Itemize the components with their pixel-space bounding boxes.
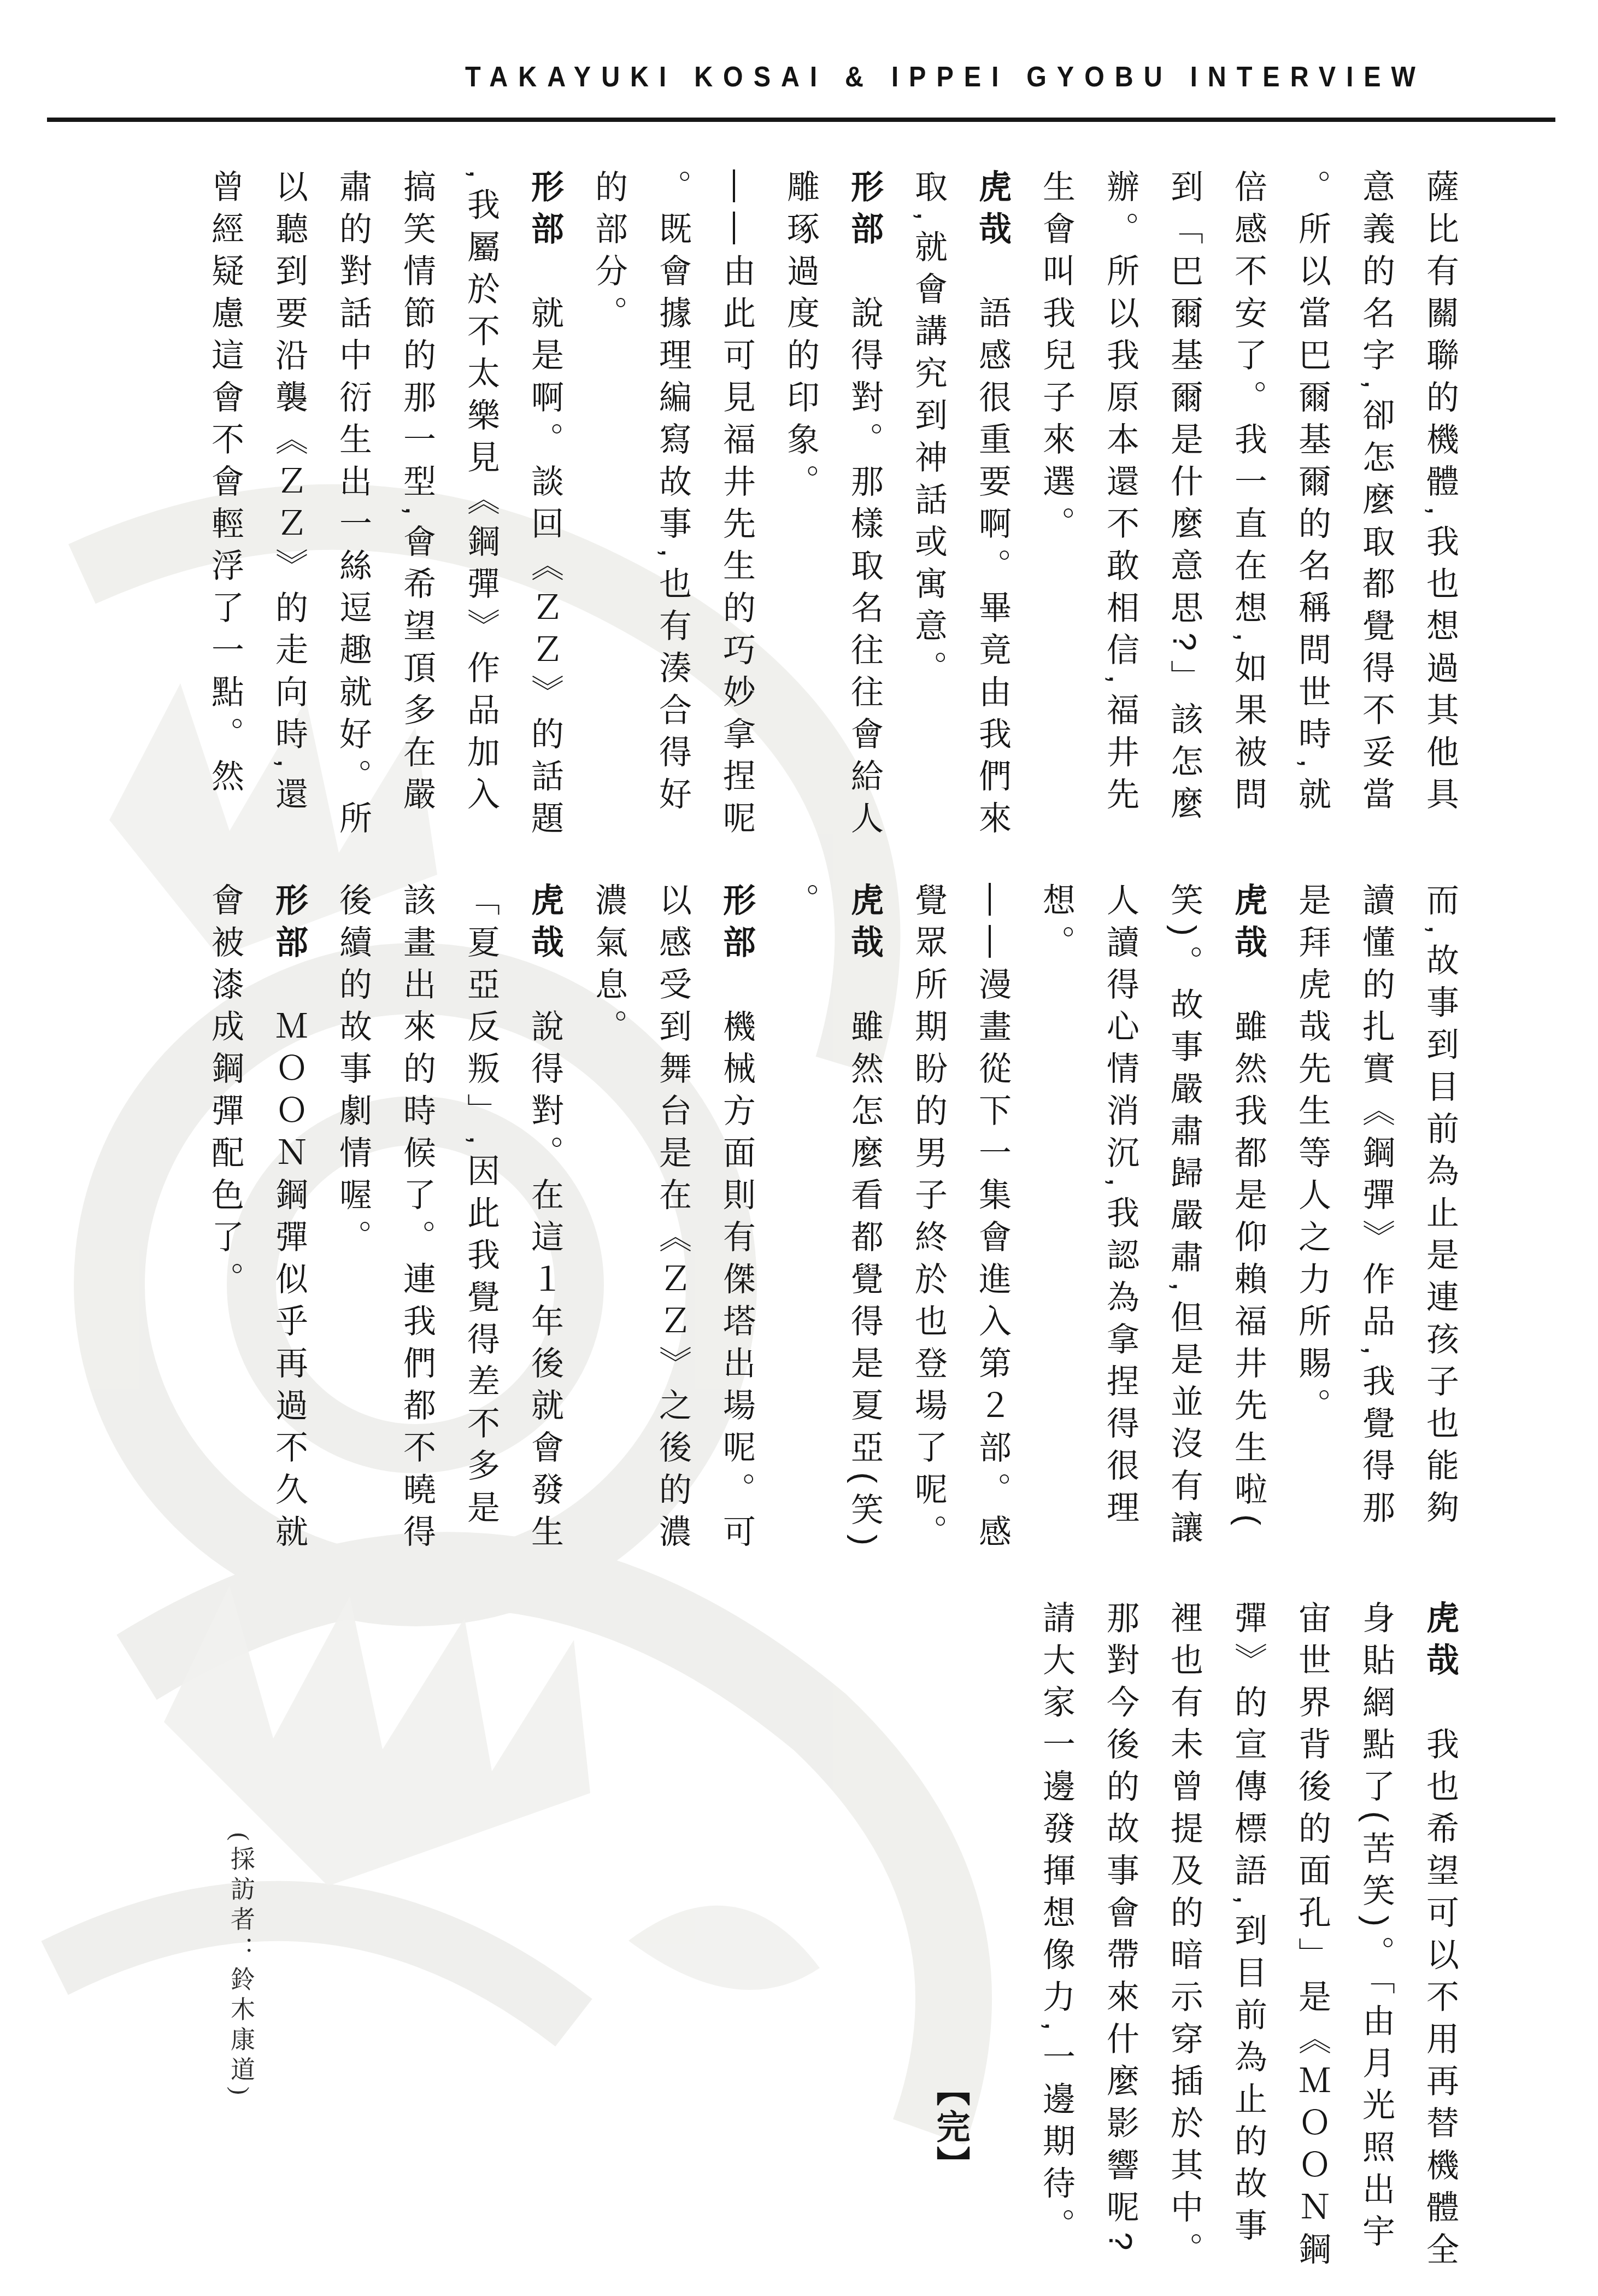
speaker-name: 形部 <box>527 169 563 296</box>
interviewer-credit: (採訪者：鈴木康道) <box>223 1832 258 2215</box>
speaker-name: 虎哉 <box>1422 1601 1459 1727</box>
paragraph-text: 而,故事到目前為止是連孩子也能夠讀懂的扎實《鋼彈》作品,我覺得那是拜虎哉先生等人… <box>1294 883 1459 1533</box>
interview-paragraph: 形部 機械方面則有傑塔出場呢。可以感受到舞台是在《ＺＺ》之後的濃濃氣息。 <box>577 883 769 1563</box>
end-mark: 【完】 <box>926 2072 974 2183</box>
paragraph-text: 就是啊。談回《ＺＺ》的話題,我屬於不太樂見《鋼彈》作品加入搞笑情節的那一型,會希… <box>207 169 563 843</box>
interviewer-question: ——由此可見福井先生的巧妙拿捏呢。既會據理編寫故事,也有湊合得好的部分。 <box>577 169 769 850</box>
interview-paragraph: 形部 說得對。那樣取名往往會給人雕琢過度的印象。 <box>769 169 897 850</box>
text-band-2: 而,故事到目前為止是連孩子也能夠讀懂的扎實《鋼彈》作品,我覺得那是拜虎哉先生等人… <box>193 883 1472 1563</box>
speaker-name: 虎哉 <box>847 883 883 1009</box>
interview-paragraph: 虎哉 我也希望可以不用再替機體全身貼網點了(苦笑)。「由月光照出宇宙世界背後的面… <box>1025 1601 1472 2281</box>
header-divider-rule <box>47 118 1555 122</box>
speaker-name: 虎哉 <box>974 169 1011 296</box>
speaker-name: 虎哉 <box>1230 883 1267 1009</box>
interview-paragraph: 虎哉 雖然怎麼看都覺得是夏亞(笑)。 <box>769 883 897 1563</box>
text-band-1: 薩比有關聯的機體,我也想過其他具意義的名字,卻怎麼取都覺得不妥當。所以當巴爾基爾… <box>193 169 1472 850</box>
interview-paragraph: 虎哉 語感很重要啊。畢竟由我們來取,就會講究到神話或寓意。 <box>897 169 1025 850</box>
paragraph-text: ——由此可見福井先生的巧妙拿捏呢。既會據理編寫故事,也有湊合得好的部分。 <box>591 169 755 843</box>
text-band-3: 虎哉 我也希望可以不用再替機體全身貼網點了(苦笑)。「由月光照出宇宙世界背後的面… <box>1025 1601 1472 2281</box>
speaker-name: 虎哉 <box>527 883 563 1009</box>
paragraph-text: ——漫畫從下一集會進入第２部。感覺眾所期盼的男子終於也登場了呢。 <box>910 883 1011 1556</box>
speaker-name: 形部 <box>847 169 883 296</box>
interview-paragraph: 虎哉 雖然我都是仰賴福井先生啦(笑)。故事嚴肅歸嚴肅,但是並沒有讓人讀得心情消沉… <box>1025 883 1280 1563</box>
interview-paragraph: 而,故事到目前為止是連孩子也能夠讀懂的扎實《鋼彈》作品,我覺得那是拜虎哉先生等人… <box>1280 883 1472 1563</box>
interview-paragraph: 形部 就是啊。談回《ＺＺ》的話題,我屬於不太樂見《鋼彈》作品加入搞笑情節的那一型… <box>193 169 577 850</box>
magazine-page: TAKAYUKI KOSAI & IPPEI GYOBU INTERVIEW 薩… <box>0 0 1598 2296</box>
speaker-name: 形部 <box>719 883 755 1009</box>
interview-paragraph: 薩比有關聯的機體,我也想過其他具意義的名字,卻怎麼取都覺得不妥當。所以當巴爾基爾… <box>1025 169 1472 850</box>
page-title: TAKAYUKI KOSAI & IPPEI GYOBU INTERVIEW <box>339 60 1552 93</box>
interview-paragraph: 虎哉 說得對。在這１年後就會發生「夏亞反叛」,因此我覺得差不多是該畫出來的時候了… <box>321 883 577 1563</box>
paragraph-text: 薩比有關聯的機體,我也想過其他具意義的名字,卻怎麼取都覺得不妥當。所以當巴爾基爾… <box>1038 169 1459 828</box>
interviewer-question: ——漫畫從下一集會進入第２部。感覺眾所期盼的男子終於也登場了呢。 <box>897 883 1025 1563</box>
paragraph-text: 我也希望可以不用再替機體全身貼網點了(苦笑)。「由月光照出宇宙世界背後的面孔」是… <box>1038 1601 1459 2274</box>
speaker-name: 形部 <box>271 883 308 1009</box>
interview-paragraph: 形部 ＭＯＯＮ鋼彈似乎再過不久就會被漆成鋼彈配色了。 <box>193 883 321 1563</box>
